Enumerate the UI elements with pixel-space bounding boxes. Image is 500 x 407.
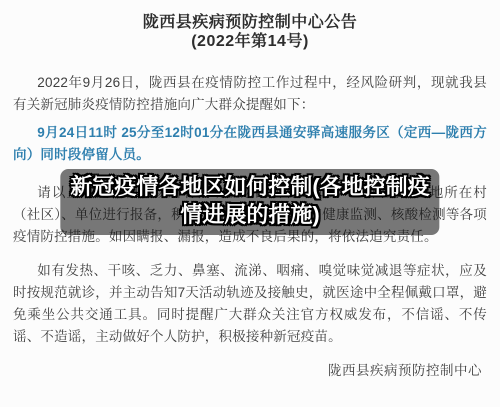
notice-number: (2022年第14号) bbox=[0, 32, 500, 51]
notice-header: 陇西县疾病预防控制中心公告 (2022年第14号) bbox=[0, 13, 500, 51]
notice-title: 陇西县疾病预防控制中心公告 bbox=[0, 13, 500, 32]
notice-paragraph-intro: 2022年9月26日，陇西县在疫情防控工作过程中，经风险研判，现就我县有关新冠肺… bbox=[13, 72, 487, 116]
seo-overlay-title-line1: 新冠疫情各地区如何控制(各地控制疫 bbox=[70, 173, 429, 201]
seo-overlay-title: 新冠疫情各地区如何控制(各地控制疫 情进展的措施) bbox=[60, 169, 439, 235]
seo-overlay-title-line2: 情进展的措施) bbox=[70, 201, 429, 229]
notice-paragraph-highlight: 9月24日11时 25分至12时01分在陇西县通安驿高速服务区（定西—陇西方向）… bbox=[13, 122, 487, 166]
notice-paragraph-health-advice: 如有发热、干咳、乏力、鼻塞、流涕、咽痛、嗅觉味觉减退等症状，应及时按规范就诊，并… bbox=[13, 260, 487, 348]
notice-document: 陇西县疾病预防控制中心公告 (2022年第14号) 2022年9月26日，陇西县… bbox=[0, 0, 500, 407]
notice-signature: 陇西县疾病预防控制中心 bbox=[13, 360, 482, 382]
